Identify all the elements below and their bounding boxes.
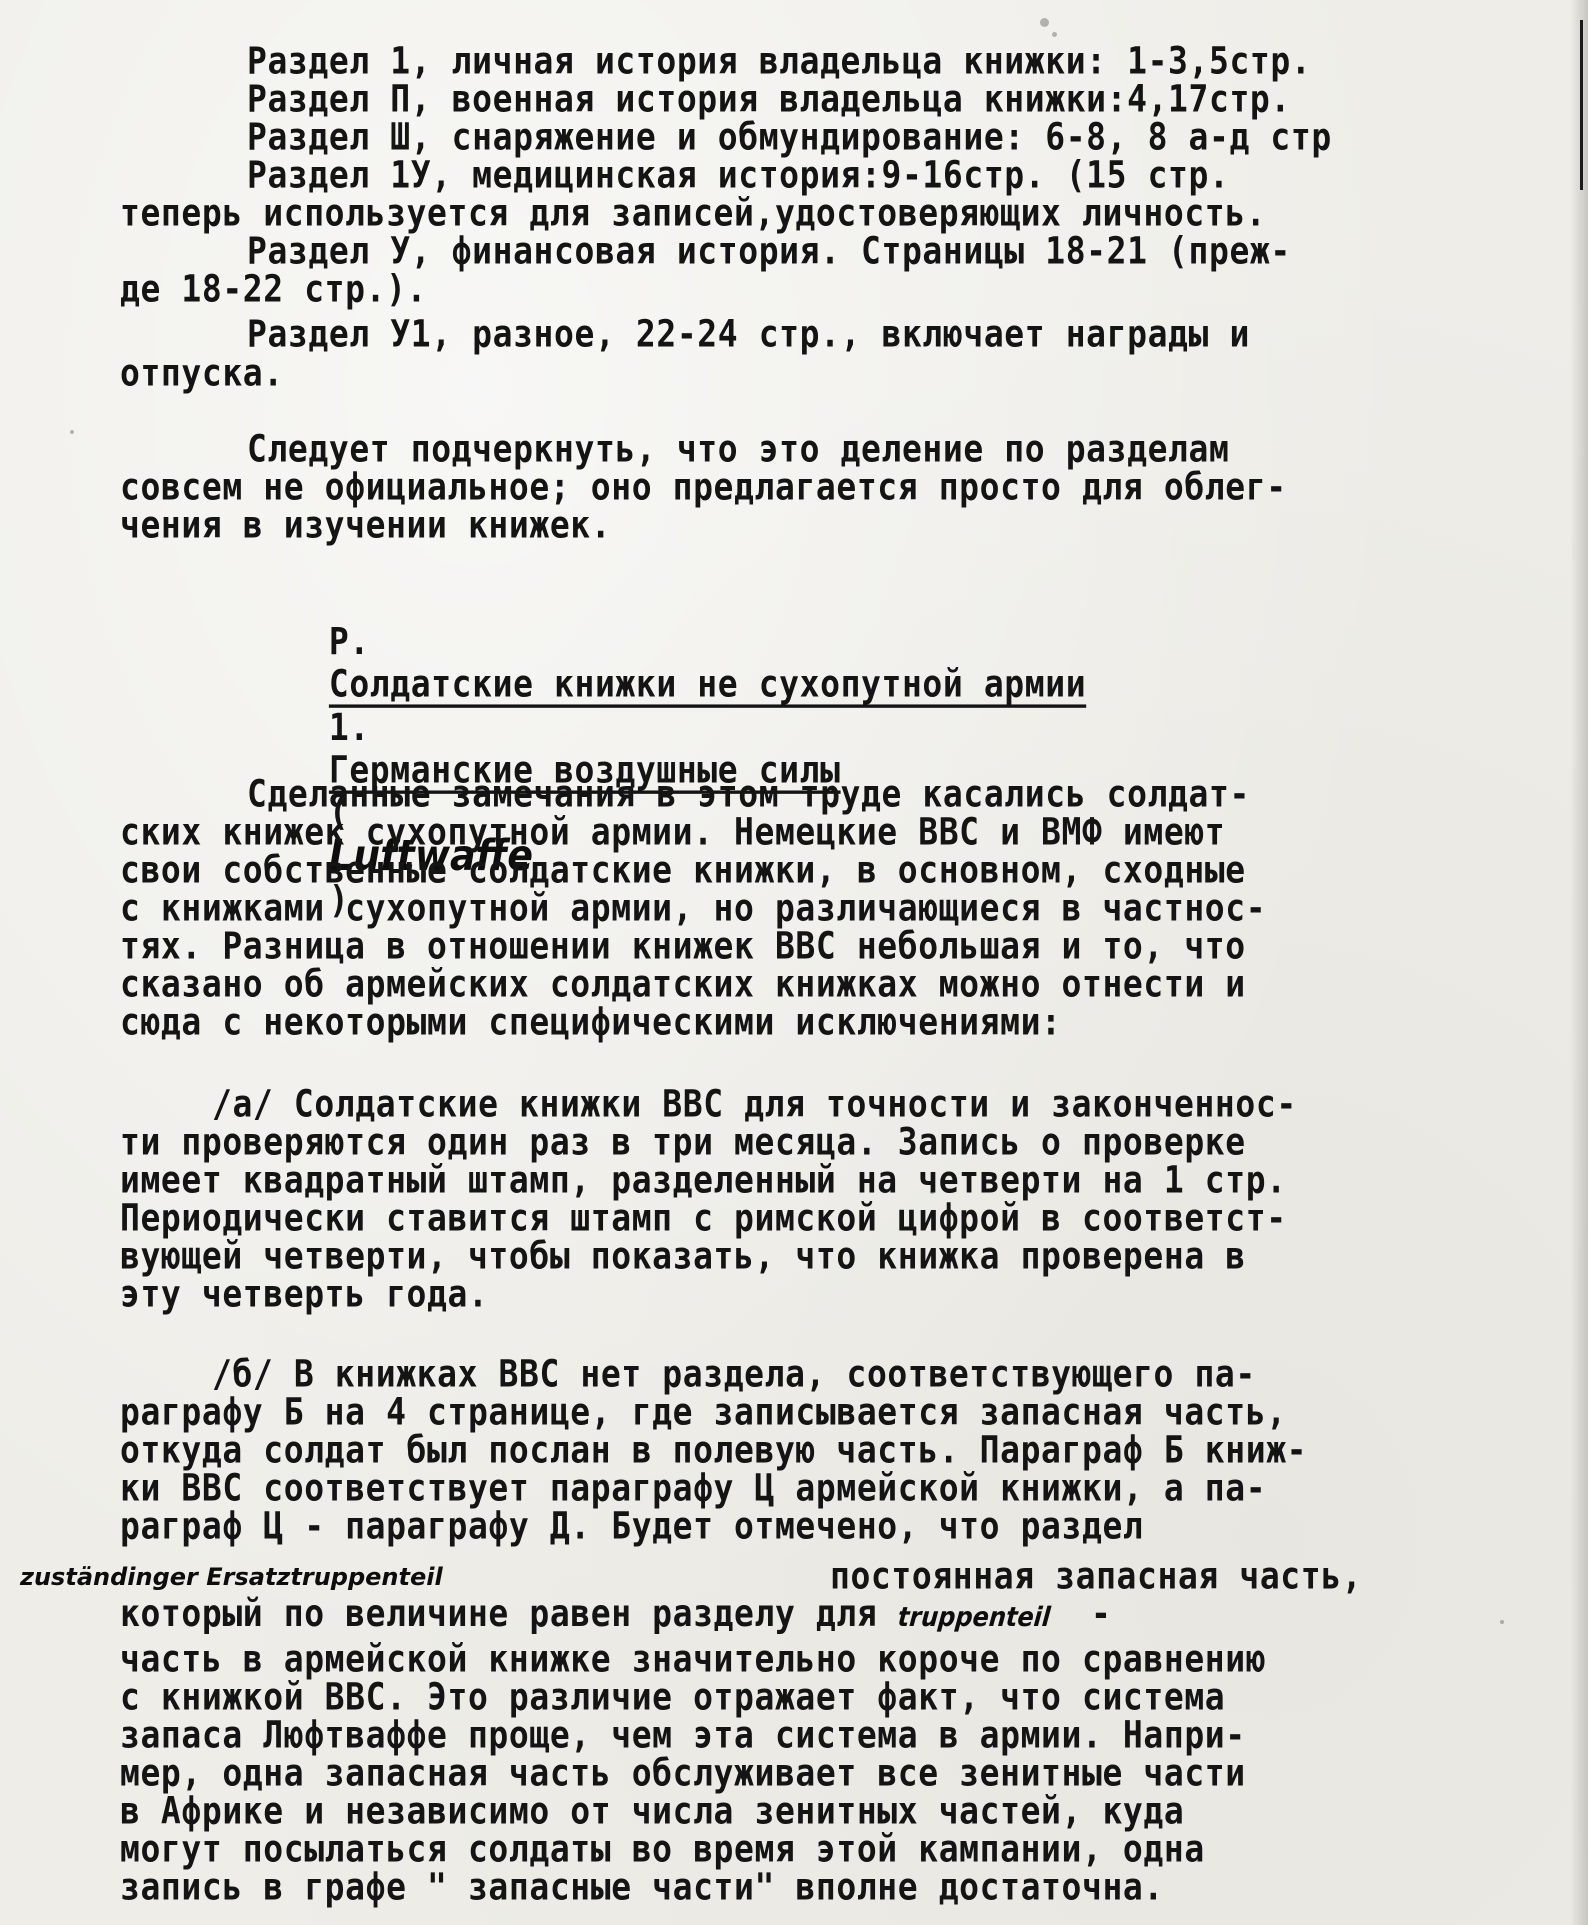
paper-speck [1040, 18, 1049, 27]
note-paragraph-line: чения в изучении книжек. [120, 504, 611, 547]
handwritten-truppenteil: truppenteil [896, 1596, 1052, 1639]
heading-marker: Р. [329, 619, 370, 663]
intro-paragraph-line: сюда с некоторыми специфическими исключе… [120, 1001, 1062, 1044]
item-b-line: раграф Ц - параграфу Д. Будет отмечено, … [120, 1505, 1143, 1548]
typed-text: который по величине равен разделу для [120, 1591, 898, 1635]
section-list-line: де 18-22 стр.). [120, 268, 427, 311]
page-edge-shadow [1570, 0, 1588, 1925]
handwritten-margin-note: zuständinger Ersatztruppenteil [20, 1562, 443, 1592]
heading-marker: 1. [329, 705, 370, 749]
typed-text: - [1050, 1591, 1111, 1635]
section-list-line: Раздел У1, разное, 22-24 стр., включает … [247, 313, 1250, 356]
item-b-line: запись в графе " запасные части" вполне … [120, 1866, 1164, 1909]
document-page: Раздел 1, личная история владельца книжк… [0, 0, 1588, 1925]
item-a-line: эту четверть года. [120, 1273, 488, 1316]
paper-speck [1500, 1620, 1504, 1624]
paper-speck [1052, 32, 1057, 37]
section-list-line: отпуска. [120, 352, 284, 395]
paper-speck [70, 430, 74, 434]
page-edge-line [1580, 20, 1583, 190]
item-b-line-with-handwriting: который по величине равен разделу для tr… [120, 1593, 1112, 1639]
